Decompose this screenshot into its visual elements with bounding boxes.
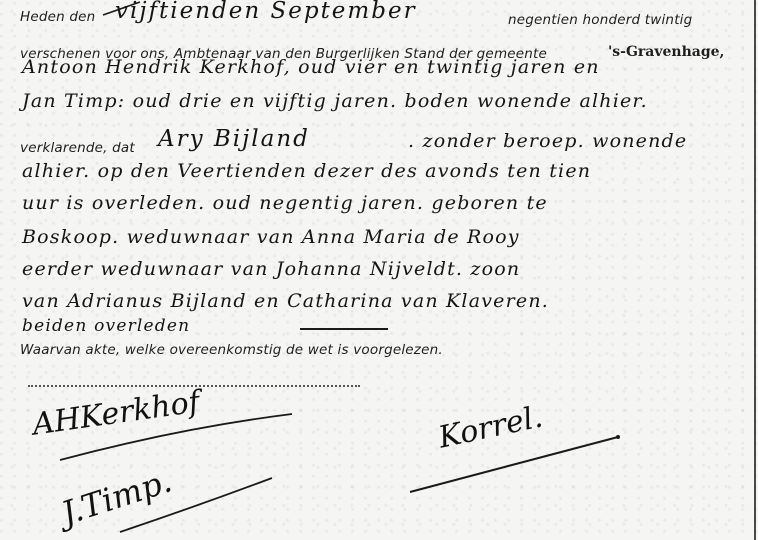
line-date: Heden den bbox=[20, 8, 95, 26]
handwritten-line-10: van Adrianus Bijland en Catharina van Kl… bbox=[22, 290, 549, 312]
handwritten-line-11: beiden overleden bbox=[22, 316, 190, 336]
signature-witness-1: AHKerkhof bbox=[30, 384, 201, 442]
handwritten-line-6: alhier. op den Veertienden dezer des avo… bbox=[22, 160, 591, 182]
handwritten-deceased-name: Ary Bijland bbox=[158, 126, 310, 152]
handwritten-witness-1: Antoon Hendrik Kerkhof, oud vier en twin… bbox=[22, 56, 600, 78]
handwritten-witness-2: Jan Timp: oud drie en vijftig jaren. bod… bbox=[22, 90, 648, 112]
scanned-document: Heden den vijftienden September negentie… bbox=[0, 0, 758, 540]
signature-registrar: Korrel. bbox=[436, 399, 546, 455]
handwritten-date: vijftienden September bbox=[115, 0, 417, 24]
page-edge bbox=[754, 0, 756, 540]
handwritten-line-7: uur is overleden. oud negentig jaren. ge… bbox=[22, 192, 548, 214]
place-name: 's-Gravenhage, bbox=[608, 44, 724, 60]
handwritten-line-8: Boskoop. weduwnaar van Anna Maria de Roo… bbox=[22, 226, 520, 248]
printed-verklarende: verklarende, dat bbox=[20, 140, 135, 156]
signature-witness-2: J.Timp. bbox=[57, 461, 176, 532]
printed-closing: Waarvan akte, welke overeenkomstig de we… bbox=[20, 342, 443, 358]
printed-heden-den: Heden den bbox=[20, 9, 95, 25]
handwritten-occupation: . zonder beroep. wonende bbox=[408, 130, 687, 152]
handwritten-line-9: eerder weduwnaar van Johanna Nijveldt. z… bbox=[22, 258, 520, 280]
printed-year: negentien honderd twintig bbox=[508, 12, 692, 28]
